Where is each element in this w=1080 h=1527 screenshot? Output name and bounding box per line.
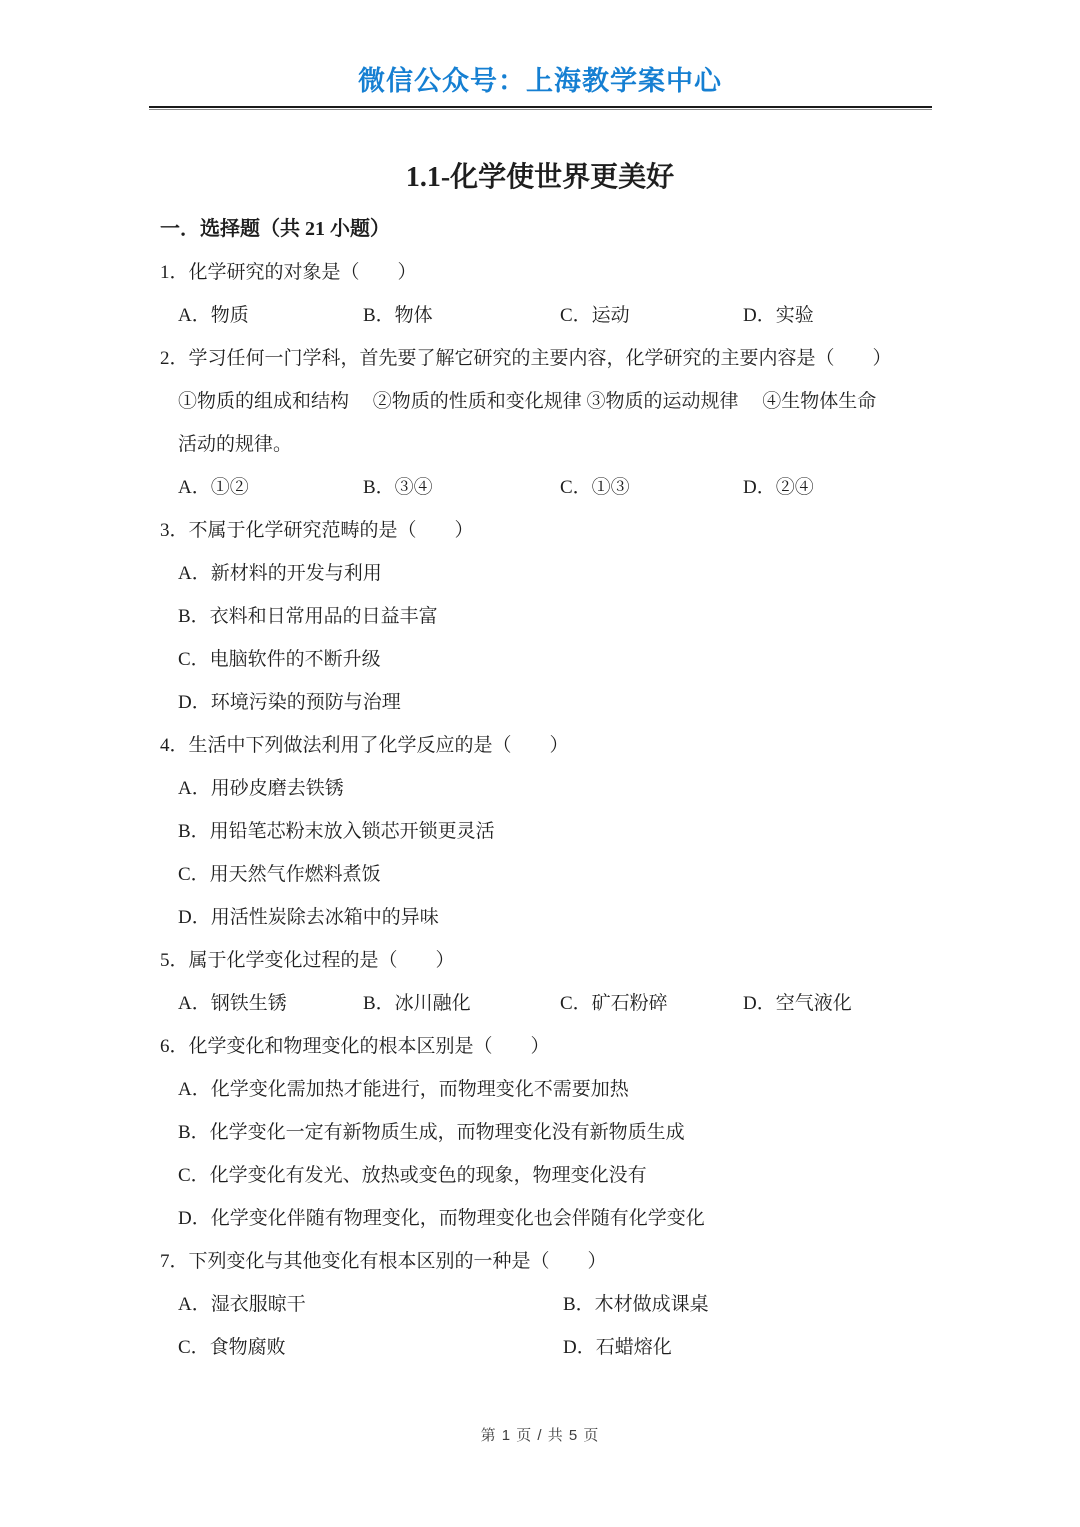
question-1-option-a: A．物质 (178, 294, 363, 337)
question-5-options: A．钢铁生锈 B．冰川融化 C．矿石粉碎 D．空气液化 (160, 982, 925, 1025)
question-3-stem: 3．不属于化学研究范畴的是（ ） (160, 509, 925, 552)
question-4: 4．生活中下列做法利用了化学反应的是（ ） A．用砂皮磨去铁锈 B．用铅笔芯粉末… (160, 724, 925, 939)
page-title: 1.1-化学使世界更美好 (0, 160, 1080, 196)
question-4-stem: 4．生活中下列做法利用了化学反应的是（ ） (160, 724, 925, 767)
question-2-stem: 2．学习任何一门学科，首先要了解它研究的主要内容，化学研究的主要内容是（ ） (160, 337, 925, 380)
question-4-option-c: C．用天然气作燃料煮饭 (160, 853, 925, 896)
question-7-option-c: C．食物腐败 (178, 1326, 563, 1369)
question-1-options: A．物质 B．物体 C．运动 D．实验 (160, 294, 925, 337)
question-5-stem: 5．属于化学变化过程的是（ ） (160, 939, 925, 982)
question-7-options-row-2: C．食物腐败 D．石蜡熔化 (160, 1326, 925, 1369)
question-7: 7．下列变化与其他变化有根本区别的一种是（ ） A．湿衣服晾干 B．木材做成课桌… (160, 1240, 925, 1369)
question-5: 5．属于化学变化过程的是（ ） A．钢铁生锈 B．冰川融化 C．矿石粉碎 D．空… (160, 939, 925, 1025)
question-2-options: A．①② B．③④ C．①③ D．②④ (160, 466, 925, 509)
question-1-option-b: B．物体 (363, 294, 560, 337)
question-2-option-b: B．③④ (363, 466, 560, 509)
question-7-option-d: D．石蜡熔化 (563, 1326, 925, 1369)
question-1-option-d: D．实验 (743, 294, 925, 337)
question-6-option-a: A．化学变化需加热才能进行，而物理变化不需要加热 (160, 1068, 925, 1111)
wechat-account-header: 微信公众号：上海教学案中心 (0, 64, 1080, 98)
section-heading: 一．选择题（共 21 小题） (160, 208, 925, 251)
question-2-option-c: C．①③ (560, 466, 743, 509)
question-4-option-a: A．用砂皮磨去铁锈 (160, 767, 925, 810)
question-1: 1．化学研究的对象是（ ） A．物质 B．物体 C．运动 D．实验 (160, 251, 925, 337)
question-7-options-row-1: A．湿衣服晾干 B．木材做成课桌 (160, 1283, 925, 1326)
question-7-stem: 7．下列变化与其他变化有根本区别的一种是（ ） (160, 1240, 925, 1283)
question-6: 6．化学变化和物理变化的根本区别是（ ） A．化学变化需加热才能进行，而物理变化… (160, 1025, 925, 1240)
question-7-option-b: B．木材做成课桌 (563, 1283, 925, 1326)
question-3: 3．不属于化学研究范畴的是（ ） A．新材料的开发与利用 B．衣料和日常用品的日… (160, 509, 925, 724)
question-5-option-d: D．空气液化 (743, 982, 925, 1025)
question-6-option-b: B．化学变化一定有新物质生成，而物理变化没有新物质生成 (160, 1111, 925, 1154)
question-1-stem: 1．化学研究的对象是（ ） (160, 251, 925, 294)
worksheet-content: 一．选择题（共 21 小题） 1．化学研究的对象是（ ） A．物质 B．物体 C… (160, 208, 925, 1369)
question-3-option-d: D．环境污染的预防与治理 (160, 681, 925, 724)
question-2: 2．学习任何一门学科，首先要了解它研究的主要内容，化学研究的主要内容是（ ） ①… (160, 337, 925, 509)
question-1-option-c: C．运动 (560, 294, 743, 337)
question-3-option-a: A．新材料的开发与利用 (160, 552, 925, 595)
question-2-option-a: A．①② (178, 466, 363, 509)
question-6-option-c: C．化学变化有发光、放热或变色的现象，物理变化没有 (160, 1154, 925, 1197)
header-divider (149, 106, 932, 110)
question-4-option-d: D．用活性炭除去冰箱中的异味 (160, 896, 925, 939)
question-5-option-b: B．冰川融化 (363, 982, 560, 1025)
question-5-option-a: A．钢铁生锈 (178, 982, 363, 1025)
question-6-option-d: D．化学变化伴随有物理变化，而物理变化也会伴随有化学变化 (160, 1197, 925, 1240)
question-2-items-line-2: 活动的规律。 (160, 423, 925, 466)
page-number-indicator: 第 1 页 / 共 5 页 (0, 1424, 1080, 1445)
question-6-stem: 6．化学变化和物理变化的根本区别是（ ） (160, 1025, 925, 1068)
question-4-option-b: B．用铅笔芯粉末放入锁芯开锁更灵活 (160, 810, 925, 853)
question-2-items-line-1: ①物质的组成和结构 ②物质的性质和变化规律 ③物质的运动规律 ④生物体生命 (160, 380, 925, 423)
question-2-option-d: D．②④ (743, 466, 925, 509)
question-7-option-a: A．湿衣服晾干 (178, 1283, 563, 1326)
question-5-option-c: C．矿石粉碎 (560, 982, 743, 1025)
document-page: 微信公众号：上海教学案中心 1.1-化学使世界更美好 一．选择题（共 21 小题… (0, 0, 1080, 1527)
question-3-option-b: B．衣料和日常用品的日益丰富 (160, 595, 925, 638)
header-divider-thin-line (149, 109, 932, 110)
header-divider-thick-line (149, 106, 932, 108)
question-3-option-c: C．电脑软件的不断升级 (160, 638, 925, 681)
